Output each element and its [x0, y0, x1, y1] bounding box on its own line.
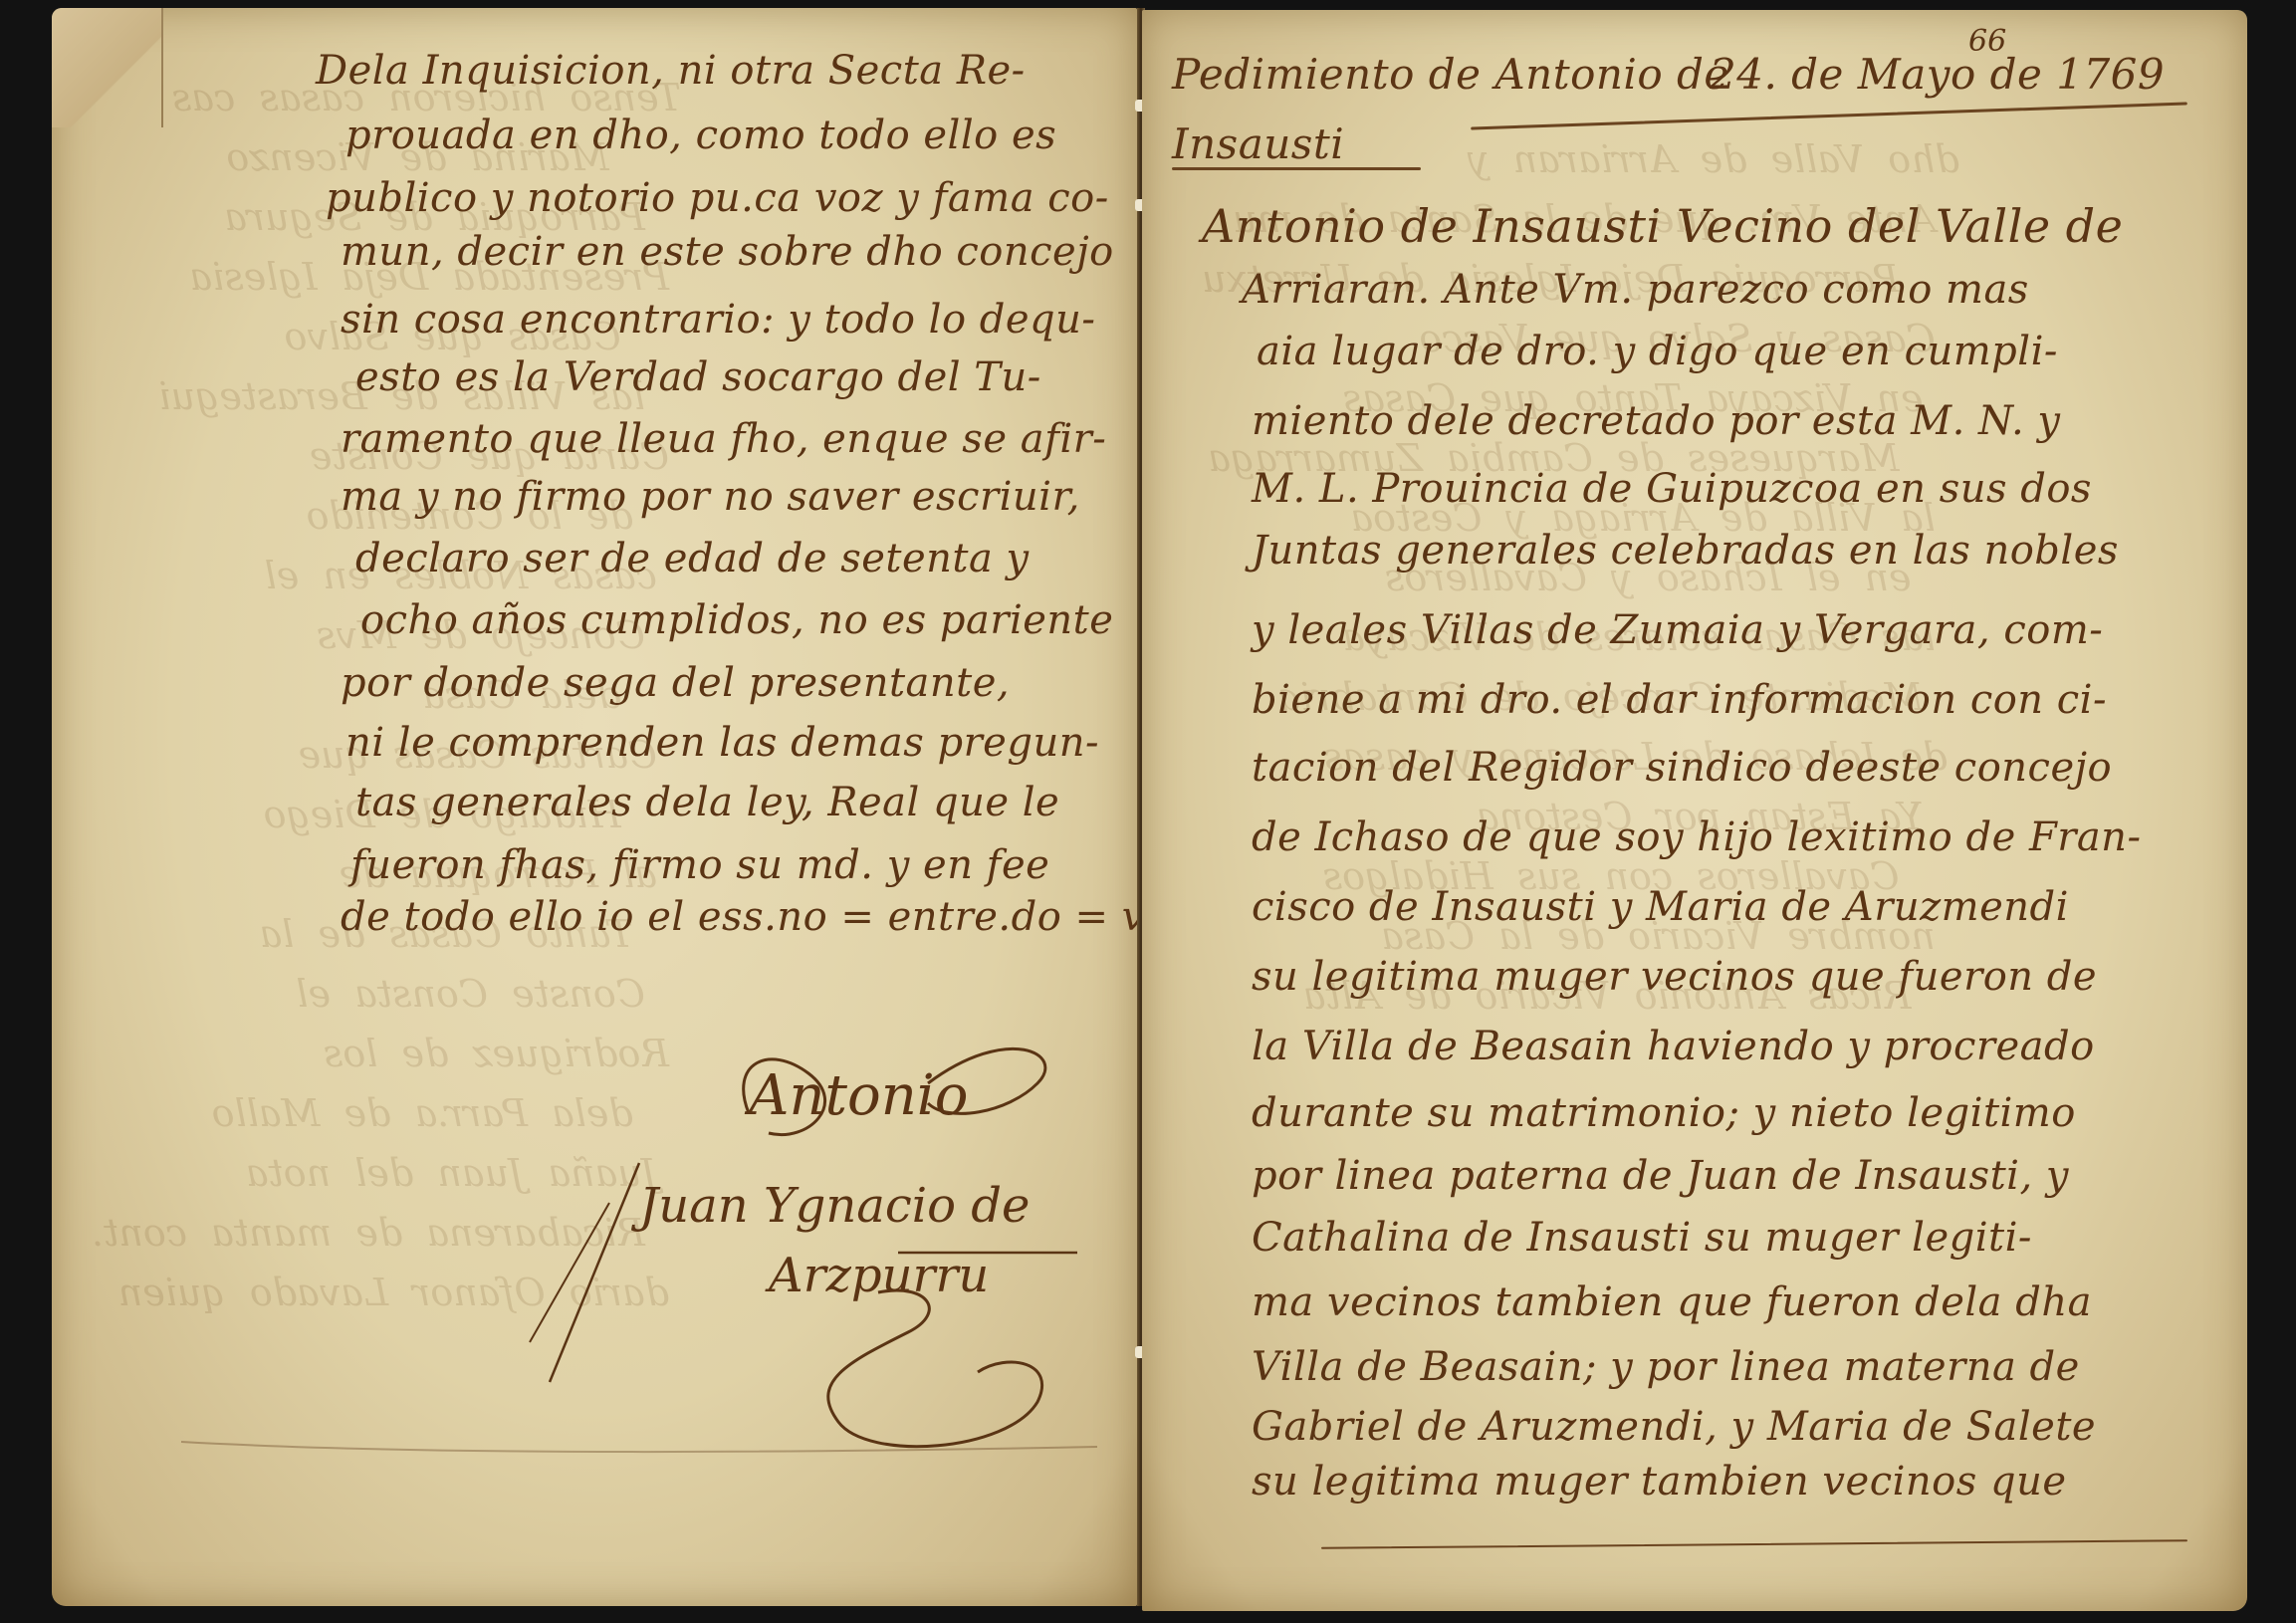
text-line: Villa de Beasain; y por linea materna de: [1252, 1344, 2080, 1390]
text-line: tas generales dela ley, Real que le: [355, 780, 1059, 825]
text-line: por linea paterna de Juan de Insausti, y: [1252, 1153, 2069, 1199]
text-line: ramento que lleua fho, enque se afir-: [341, 416, 1106, 462]
text-line: tacion del Regidor sindico deeste concej…: [1252, 745, 2112, 791]
text-line: y leales Villas de Zumaia y Vergara, com…: [1252, 607, 2103, 653]
right-page: dho Valle de Arriaran y Ante Vm. que de …: [1142, 10, 2247, 1611]
signature-antonio: Antonio: [749, 1063, 968, 1128]
text-line: ma y no firmo por no saver escriuir,: [341, 474, 1080, 520]
text-line: la Villa de Beasain haviendo y procreado: [1252, 1024, 2095, 1069]
signature-juan-ygnacio-line2: Arzpurru: [769, 1248, 989, 1303]
closing-rule: [1321, 1539, 2187, 1549]
manuscript-spread: Tenso hicieron casas cas Marina de Vicen…: [0, 0, 2296, 1623]
text-line: declaro ser de edad de setenta y: [355, 536, 1030, 581]
heading-underline: [1471, 102, 2187, 129]
text-line: de Ichaso de que soy hijo lexitimo de Fr…: [1252, 814, 2141, 860]
text-line: ma vecinos tambien que fueron dela dha: [1252, 1279, 2092, 1325]
signature-juan-ygnacio-line1: Juan Ygnacio de: [639, 1178, 1030, 1234]
text-line: Antonio de Insausti Vecino del Valle de: [1202, 199, 2123, 253]
text-line: miento dele decretado por esta M. N. y: [1252, 398, 2061, 444]
left-page: Tenso hicieron casas cas Marina de Vicen…: [52, 8, 1137, 1606]
text-line: Cathalina de Insausti su muger legiti-: [1252, 1215, 2032, 1261]
text-line: Gabriel de Aruzmendi, y Maria de Salete: [1252, 1404, 2096, 1450]
text-line: de todo ello io el ess.no = entre.do = v…: [341, 894, 1137, 940]
text-line: aia lugar de dro. y digo que en cumpli-: [1257, 329, 2058, 374]
heading-petition-title: Pedimiento de Antonio de: [1172, 50, 1729, 99]
text-line: su legitima muger vecinos que fueron de: [1252, 954, 2097, 1000]
text-line: fueron fhas, firmo su md. y en fee: [350, 842, 1049, 888]
folded-corner: [52, 8, 163, 127]
text-line: ni le comprenden las demas pregun-: [345, 720, 1099, 766]
text-line: M. L. Prouincia de Guipuzcoa en sus dos: [1252, 466, 2092, 512]
text-line: Juntas generales celebradas en las noble…: [1252, 528, 2119, 574]
text-line: Arriaran. Ante Vm. parezco como mas: [1242, 267, 2029, 313]
heading-surname: Insausti: [1172, 119, 1344, 168]
text-line: sin cosa encontrario: y todo lo dequ-: [341, 297, 1095, 343]
text-line: Dela Inquisicion, ni otra Secta Re-: [316, 48, 1026, 94]
text-line: su legitima muger tambien vecinos que: [1252, 1459, 2067, 1505]
heading-date: 24. de Mayo de 1769: [1710, 50, 2165, 99]
text-line: ocho años cumplidos, no es pariente: [360, 597, 1113, 643]
text-line: mun, decir en este sobre dho concejo: [341, 229, 1114, 275]
text-line: publico y notorio pu.ca voz y fama co-: [326, 175, 1109, 221]
text-line: por donde sega del presentante,: [341, 660, 1010, 706]
text-line: cisco de Insausti y Maria de Aruzmendi: [1252, 884, 2069, 930]
text-line: durante su matrimonio; y nieto legitimo: [1252, 1090, 2076, 1136]
text-line: biene a mi dro. el dar informacion con c…: [1252, 677, 2107, 723]
text-line: prouada en dho, como todo ello es: [345, 113, 1056, 158]
text-line: esto es la Verdad socargo del Tu-: [355, 354, 1041, 400]
heading-underline: [1172, 167, 1421, 170]
